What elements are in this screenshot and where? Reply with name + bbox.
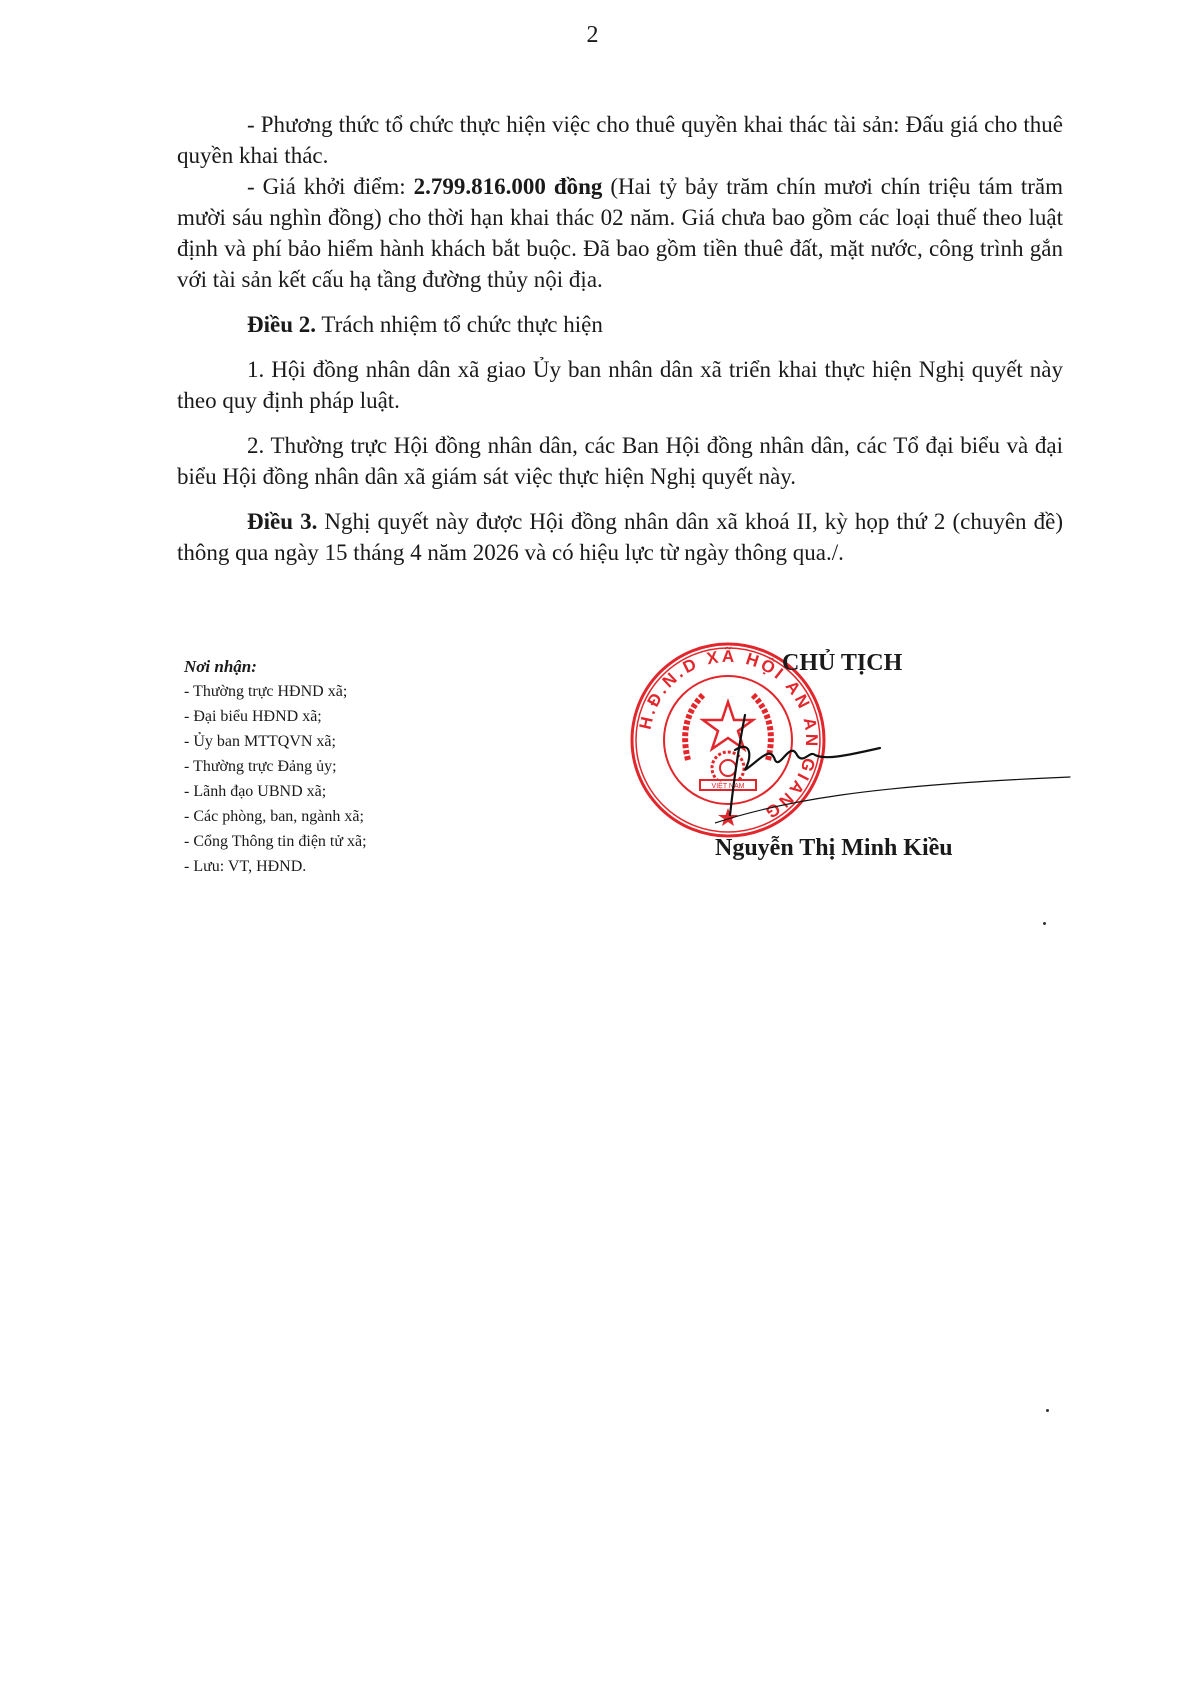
paragraph-auction-method: - Phương thức tổ chức thực hiện việc cho…	[177, 109, 1063, 171]
article-2-item-2: 2. Thường trực Hội đồng nhân dân, các Ba…	[177, 430, 1063, 492]
starting-price-prefix: - Giá khởi điểm:	[247, 174, 414, 199]
recipient-item: - Đại biểu HĐND xã;	[184, 704, 367, 729]
article-2-title: Trách nhiệm tổ chức thực hiện	[316, 312, 603, 337]
signer-title: CHỦ TỊCH	[782, 650, 902, 677]
page-number: 2	[0, 22, 1185, 49]
scan-speck	[1043, 922, 1046, 925]
recipient-item: - Cổng Thông tin điện tử xã;	[184, 829, 367, 854]
recipients-list: - Thường trực HĐND xã; - Đại biểu HĐND x…	[184, 679, 367, 879]
recipients-block: Nơi nhận: - Thường trực HĐND xã; - Đại b…	[184, 654, 367, 879]
article-2-item-1: 1. Hội đồng nhân dân xã giao Ủy ban nhân…	[177, 354, 1063, 416]
recipients-title: Nơi nhận:	[184, 654, 367, 679]
recipient-item: - Lãnh đạo UBND xã;	[184, 779, 367, 804]
article-3-label: Điều 3.	[247, 509, 317, 534]
scan-speck	[1046, 1409, 1049, 1412]
article-3: Điều 3. Nghị quyết này được Hội đồng nhâ…	[177, 506, 1063, 568]
recipient-item: - Lưu: VT, HĐND.	[184, 854, 367, 879]
recipient-item: - Ủy ban MTTQVN xã;	[184, 729, 367, 754]
paragraph-starting-price: - Giá khởi điểm: 2.799.816.000 đồng (Hai…	[177, 171, 1063, 295]
recipient-item: - Thường trực HĐND xã;	[184, 679, 367, 704]
recipient-item: - Thường trực Đảng ủy;	[184, 754, 367, 779]
article-2-heading: Điều 2. Trách nhiệm tổ chức thực hiện	[177, 309, 1063, 340]
handwritten-signature-icon	[715, 700, 1075, 830]
recipient-item: - Các phòng, ban, ngành xã;	[184, 804, 367, 829]
document-body: - Phương thức tổ chức thực hiện việc cho…	[177, 109, 1063, 568]
starting-price-amount: 2.799.816.000 đồng	[414, 174, 603, 199]
signature-block: H.Đ.N.D XÃ HỘI AN AN GIANG VIỆT NAM CHỦ …	[620, 640, 1070, 900]
article-2-label: Điều 2.	[247, 312, 316, 337]
